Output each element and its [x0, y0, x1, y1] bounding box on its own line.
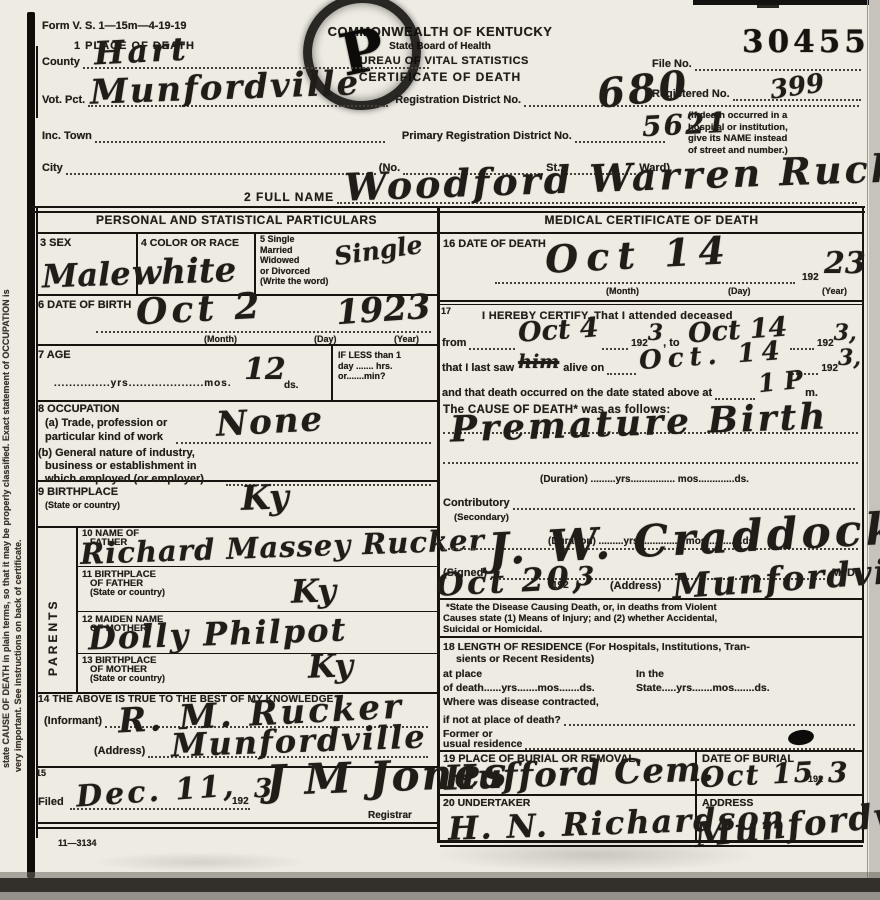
filed-label: Filed	[38, 796, 64, 809]
mother-birthplace-row: 13 BIRTHPLACE OF MOTHER (State or countr…	[76, 653, 437, 692]
scan-bottom-lightband	[0, 892, 880, 900]
occupation-a2: particular kind of work	[45, 431, 163, 444]
mother-name-row: 12 MAIDEN NAME OF MOTHER Dolly Philpot	[76, 611, 437, 654]
dob-value: Oct 2	[135, 285, 265, 334]
certify-blank	[602, 344, 628, 350]
full-name-row: 2 FULL NAME Woodford Warren Rucker	[244, 190, 860, 204]
cause-footnote-2: Causes state (1) Means of Injury; and (2…	[443, 613, 717, 625]
dob-day-sub: (Day)	[314, 334, 337, 345]
marital-line: Married	[260, 245, 328, 256]
signed-year-hw: 3	[576, 562, 594, 592]
of-death-durations: of death......yrs.......mos.......ds.	[443, 682, 595, 694]
state-durations: State.....yrs.......mos.......ds.	[636, 682, 770, 694]
dod-year-sub: (Year)	[822, 286, 847, 297]
residence-heading-2: sients or Recent Residents)	[456, 653, 594, 665]
father-bp-value: Ky	[290, 571, 336, 611]
if-not-label: if not at place of death?	[443, 714, 561, 726]
father-name-value: Richard Massey Rucker	[80, 523, 486, 571]
dob-label: 6 DATE OF BIRTH	[38, 299, 131, 312]
age-leader: ...............yrs....................mo…	[54, 378, 232, 390]
certify-saw-label: that I last saw	[442, 362, 514, 375]
scan-smudge-2	[90, 852, 310, 872]
dob-month-sub: (Month)	[204, 334, 237, 345]
certify-from-year: 3	[648, 320, 663, 346]
certificate-number: 30455	[742, 24, 870, 60]
cause-duration-line: (Duration) .........yrs................ …	[540, 474, 749, 486]
filed-item-number: 15	[36, 768, 46, 779]
if-less-line: IF LESS than 1	[338, 350, 401, 361]
cause-footnote-3: Suicidal or Homicidal.	[443, 624, 542, 636]
scan-right-edge	[869, 0, 880, 900]
marital-line: (Write the word)	[260, 276, 328, 287]
medical-column: MEDICAL CERTIFICATE OF DEATH 16 DATE OF …	[440, 206, 863, 846]
scan-top-streak-2	[757, 5, 779, 8]
parents-block: PARENTS 10 NAME OF FATHER Richard Massey…	[36, 526, 437, 694]
dod-value: Oct 14	[544, 227, 734, 282]
scan-bottom-band	[0, 878, 880, 892]
parents-vertical-label: PARENTS	[46, 542, 60, 676]
birthplace-row: 9 BIRTHPLACE (State or country) Ky	[36, 480, 437, 528]
certify-blank	[790, 344, 814, 350]
vot-pct-row: Vot. Pct. Registration District No. Munf…	[42, 94, 862, 107]
marital-label-block: 5 Single Married Widowed or Divorced (Wr…	[260, 234, 328, 287]
certify-blank	[607, 369, 636, 375]
occupation-a1: (a) Trade, profession or	[45, 417, 167, 430]
inc-town-label: Inc. Town	[42, 130, 92, 143]
county-value: Hart	[93, 30, 189, 73]
certify-from-label: from	[442, 337, 466, 350]
father-birthplace-row: 11 BIRTHPLACE OF FATHER (State or countr…	[76, 566, 437, 612]
signed-address-label: (Address)	[610, 580, 661, 593]
scan-right-line	[867, 0, 868, 900]
certify-him-struck: him	[518, 351, 559, 373]
registrar-label: Registrar	[368, 810, 412, 822]
form-footer-code: 11—3134	[58, 838, 97, 849]
county-label: County	[42, 56, 80, 69]
if-less-line: or.......min?	[338, 371, 401, 382]
occupation-row: 8 OCCUPATION (a) Trade, profession or pa…	[36, 400, 437, 482]
birthplace-sub: (State or country)	[45, 500, 120, 511]
city-label: City	[42, 162, 63, 175]
certify-from-date: Oct 4	[517, 312, 600, 349]
dod-year-printed: 192	[802, 272, 819, 284]
certify-blank	[469, 344, 515, 350]
left-bottom-rule-2	[36, 827, 437, 829]
if-less-line: day ....... hrs.	[338, 361, 401, 372]
left-spine-bar	[27, 12, 35, 878]
certify-block: 17 I HEREBY CERTIFY, That I attended dec…	[440, 304, 863, 404]
medical-title: MEDICAL CERTIFICATE OF DEATH	[440, 213, 863, 227]
birthplace-value: Ky	[240, 477, 289, 519]
certify-time-value: 1 P	[757, 365, 805, 399]
mother-bp-value: Ky	[307, 646, 353, 686]
dod-day-sub: (Day)	[728, 286, 751, 297]
filed-year-printed: 192	[232, 796, 249, 808]
informant-address-label: (Address)	[94, 745, 145, 758]
if-less-block: IF LESS than 1 day ....... hrs. or......…	[338, 350, 401, 382]
left-bottom-rule-1	[36, 822, 437, 824]
father-bp-label3: (State or country)	[90, 587, 165, 598]
personal-title: PERSONAL AND STATISTICAL PARTICULARS	[36, 213, 437, 227]
certify-year-printed-2: 192	[817, 338, 834, 350]
dob-row: 6 DATE OF BIRTH Oct 2 1923 (Month) (Day)…	[36, 294, 437, 346]
certify-lastseen-year: 3,	[838, 345, 861, 371]
cause-blank-2	[443, 462, 858, 464]
certify-to-year: 3,	[834, 320, 857, 346]
undertaker-row: 20 UNDERTAKER H. N. Richardson ADDRESS M…	[440, 794, 863, 840]
certify-year-printed-3: 192	[821, 363, 838, 375]
county-bracket	[36, 46, 38, 118]
death-certificate-scan: state CAUSE OF DEATH in plain terms, so …	[0, 0, 880, 900]
occupation-a-blank	[176, 442, 431, 444]
right-bottom-rule-2	[440, 845, 863, 847]
margin-note-inner: very important. See instructions on back…	[13, 212, 24, 772]
occupation-a-value: None	[215, 399, 325, 445]
marital-line: 5 Single	[260, 234, 328, 245]
age-cell-divider	[331, 344, 333, 400]
in-the-label: In the	[636, 668, 664, 680]
full-name-label: 2 FULL NAME	[244, 190, 334, 204]
informant-label: (Informant)	[44, 715, 102, 728]
if-not-row: if not at place of death?	[443, 712, 858, 726]
primary-district-value: 5621	[641, 106, 729, 143]
margin-note-outer: state CAUSE OF DEATH in plain terms, so …	[1, 38, 12, 768]
burial-place-value: Hufford Cem.	[443, 749, 715, 798]
age-label: 7 AGE	[38, 349, 71, 362]
occupation-label: 8 OCCUPATION	[38, 403, 120, 416]
city-blank	[66, 169, 376, 175]
age-days-value: 12	[244, 352, 286, 387]
usual-residence-label: usual residence	[443, 738, 522, 750]
if-not-blank	[564, 720, 855, 726]
certify-occurred-label: and that death occurred on the date stat…	[442, 387, 712, 400]
sex-value: Male	[41, 254, 131, 295]
birthplace-label: 9 BIRTHPLACE	[38, 486, 118, 499]
dob-year-sub: (Year)	[394, 334, 419, 345]
dob-year: 1923	[335, 287, 432, 334]
signed-rule	[440, 598, 863, 600]
inc-town-blank	[95, 137, 385, 143]
filed-block: 15 Filed Dec. 11, 192 3 J M Jones Regist…	[36, 766, 437, 822]
contributory-label: Contributory	[443, 497, 510, 510]
burial-row: 19 PLACE OF BURIAL OR REMOVAL Hufford Ce…	[440, 750, 863, 796]
certify-item-number: 17	[441, 306, 451, 317]
burial-year-hw: 3	[828, 756, 847, 789]
contracted-label: Where was disease contracted,	[443, 696, 599, 708]
secondary-label: (Secondary)	[454, 512, 509, 524]
file-no-blank	[695, 65, 861, 71]
scan-top-streak	[693, 0, 880, 5]
undertaker-address-label: ADDRESS	[702, 797, 753, 809]
sex-label: 3 SEX	[40, 237, 71, 250]
dod-row: 16 DATE OF DEATH Oct 14 192 23 (Month) (…	[440, 232, 863, 300]
marital-line: Widowed	[260, 255, 328, 266]
signed-year-printed: 192	[552, 580, 569, 592]
age-row: 7 AGE ...............yrs................…	[36, 344, 437, 402]
reg-district-label: Registration District No.	[395, 94, 521, 107]
father-name-row: 10 NAME OF FATHER Richard Massey Rucker	[76, 526, 437, 567]
occupation-b1: (b) General nature of industry,	[38, 447, 195, 460]
residence-heading-1: 18 LENGTH OF RESIDENCE (For Hospitals, I…	[443, 641, 750, 653]
occupation-b2: business or establishment in	[45, 460, 197, 473]
burial-year-printed: 192	[808, 774, 823, 785]
dod-blank	[495, 282, 795, 284]
dod-year-hw: 23	[824, 246, 866, 281]
race-label: 4 COLOR OR RACE	[141, 237, 239, 250]
at-place-label: at place	[443, 668, 482, 680]
inc-town-row: Inc. Town Primary Registration District …	[42, 130, 862, 143]
dod-label: 16 DATE OF DEATH	[443, 238, 546, 251]
personal-column: PERSONAL AND STATISTICAL PARTICULARS 3 S…	[36, 206, 437, 846]
right-bottom-rule-1	[440, 840, 863, 843]
certify-alive-label: alive on	[563, 362, 604, 375]
marital-value: Single	[332, 230, 424, 271]
dod-month-sub: (Month)	[606, 286, 639, 297]
dod-rule-1	[440, 300, 863, 302]
primary-district-label: Primary Registration District No.	[402, 130, 572, 143]
vot-pct-label: Vot. Pct.	[42, 94, 85, 107]
age-days-label: ds.	[284, 380, 298, 392]
mother-bp-label3: (State or country)	[90, 673, 165, 684]
marital-line: or Divorced	[260, 266, 328, 277]
residence-block: 18 LENGTH OF RESIDENCE (For Hospitals, I…	[440, 638, 863, 752]
cause-footnote-1: *State the Disease Causing Death, or, in…	[446, 602, 717, 614]
